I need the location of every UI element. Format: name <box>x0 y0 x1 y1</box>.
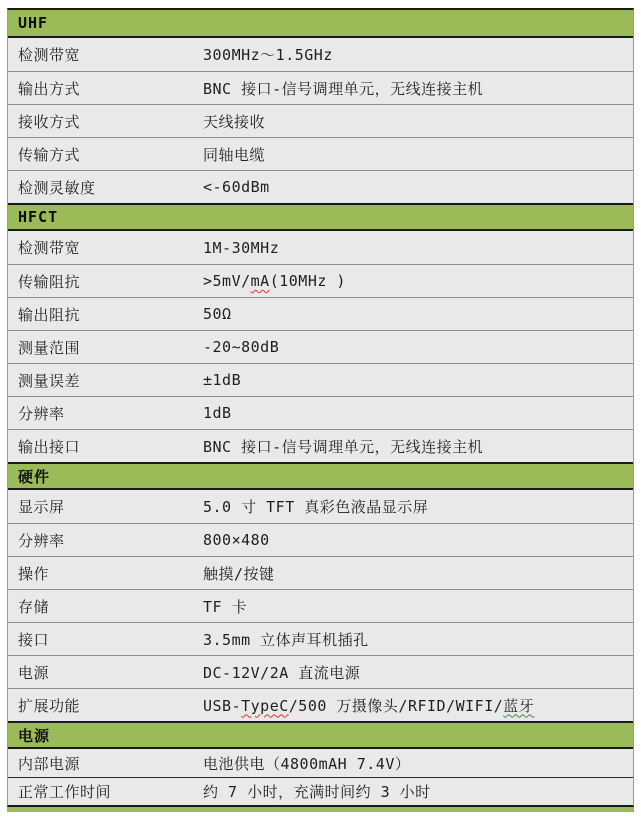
section-rows: 检测带宽 1M-30MHz 传输阻抗 >5mV/mA(10MHz ) 输出阻抗 … <box>8 231 633 462</box>
spec-value: >5mV/mA(10MHz ) <box>203 272 633 290</box>
spec-row: 测量误差 ±1dB <box>8 363 633 396</box>
spec-row: 分辨率 800×480 <box>8 523 633 556</box>
spec-value: 50Ω <box>203 305 633 323</box>
spec-label: 传输阻抗 <box>8 271 203 292</box>
spec-row: 检测灵敏度 <-60dBm <box>8 170 633 203</box>
section-rows: 显示屏 5.0 寸 TFT 真彩色液晶显示屏 分辨率 800×480 操作 触摸… <box>8 490 633 721</box>
spec-label: 扩展功能 <box>8 695 203 716</box>
section-title: HFCT <box>18 208 58 226</box>
spec-value: 3.5mm 立体声耳机插孔 <box>203 629 633 650</box>
spec-row: 检测带宽 1M-30MHz <box>8 231 633 264</box>
spec-label: 分辨率 <box>8 530 203 551</box>
spec-label: 检测带宽 <box>8 44 203 65</box>
spec-value: 300MHz～1.5GHz <box>203 44 633 65</box>
spec-value: DC-12V/2A 直流电源 <box>203 662 633 683</box>
spec-value: 天线接收 <box>203 111 633 132</box>
spec-value: 触摸/按键 <box>203 563 633 584</box>
spec-label: 电源 <box>8 662 203 683</box>
spec-value: ±1dB <box>203 371 633 389</box>
spec-value: 5.0 寸 TFT 真彩色液晶显示屏 <box>203 496 633 517</box>
spec-row: 测量范围 -20~80dB <box>8 330 633 363</box>
spec-value: 1dB <box>203 404 633 422</box>
section-header-hardware: 硬件 <box>8 462 633 490</box>
section-title: 电源 <box>18 725 50 746</box>
spec-value: USB-TypeC/500 万摄像头/RFID/WIFI/蓝牙 <box>203 695 633 716</box>
spec-label: 检测带宽 <box>8 237 203 258</box>
spec-row: 分辨率 1dB <box>8 396 633 429</box>
spec-row: 输出阻抗 50Ω <box>8 297 633 330</box>
spec-label: 正常工作时间 <box>8 781 203 802</box>
spec-label: 输出方式 <box>8 78 203 99</box>
spec-label: 测量误差 <box>8 370 203 391</box>
section-rows: 检测带宽 300MHz～1.5GHz 输出方式 BNC 接口-信号调理单元，无线… <box>8 38 633 203</box>
spec-value: -20~80dB <box>203 338 633 356</box>
spec-value: <-60dBm <box>203 178 633 196</box>
spec-row: 操作 触摸/按键 <box>8 556 633 589</box>
spec-section-hfct: HFCT 检测带宽 1M-30MHz 传输阻抗 >5mV/mA(10MHz ) … <box>8 203 633 462</box>
spec-row: 输出接口 BNC 接口-信号调理单元，无线连接主机 <box>8 429 633 462</box>
spec-row: 检测带宽 300MHz～1.5GHz <box>8 38 633 71</box>
next-section-header-partial <box>7 807 634 812</box>
spec-label: 内部电源 <box>8 753 203 774</box>
spec-value: 约 7 小时，充满时间约 3 小时 <box>203 781 633 802</box>
spellcheck-red-underline: mA <box>251 272 270 290</box>
spec-table: UHF 检测带宽 300MHz～1.5GHz 输出方式 BNC 接口-信号调理单… <box>7 8 634 807</box>
spec-row: 电源 DC-12V/2A 直流电源 <box>8 655 633 688</box>
spec-label: 接口 <box>8 629 203 650</box>
spec-label: 分辨率 <box>8 403 203 424</box>
spec-label: 操作 <box>8 563 203 584</box>
spec-row: 显示屏 5.0 寸 TFT 真彩色液晶显示屏 <box>8 490 633 523</box>
spec-row: 传输方式 同轴电缆 <box>8 137 633 170</box>
spec-row: 内部电源 电池供电（4800mAH 7.4V） <box>8 749 633 777</box>
spec-section-hardware: 硬件 显示屏 5.0 寸 TFT 真彩色液晶显示屏 分辨率 800×480 操作… <box>8 462 633 721</box>
spec-label: 输出阻抗 <box>8 304 203 325</box>
spellcheck-red-underline: TypeC <box>241 697 289 715</box>
section-rows: 内部电源 电池供电（4800mAH 7.4V） 正常工作时间 约 7 小时，充满… <box>8 749 633 805</box>
spec-value: BNC 接口-信号调理单元，无线连接主机 <box>203 436 633 457</box>
spec-row: 传输阻抗 >5mV/mA(10MHz ) <box>8 264 633 297</box>
spellcheck-green-underline: 蓝牙 <box>503 697 534 715</box>
spec-label: 传输方式 <box>8 144 203 165</box>
spec-label: 输出接口 <box>8 436 203 457</box>
section-header-hfct: HFCT <box>8 203 633 231</box>
spec-value: 1M-30MHz <box>203 239 633 257</box>
spec-row: 扩展功能 USB-TypeC/500 万摄像头/RFID/WIFI/蓝牙 <box>8 688 633 721</box>
spec-label: 接收方式 <box>8 111 203 132</box>
spec-value: BNC 接口-信号调理单元，无线连接主机 <box>203 78 633 99</box>
spec-section-power: 电源 内部电源 电池供电（4800mAH 7.4V） 正常工作时间 约 7 小时… <box>8 721 633 805</box>
section-header-power: 电源 <box>8 721 633 749</box>
spec-value: TF 卡 <box>203 596 633 617</box>
spec-section-uhf: UHF 检测带宽 300MHz～1.5GHz 输出方式 BNC 接口-信号调理单… <box>8 10 633 203</box>
spec-value: 同轴电缆 <box>203 144 633 165</box>
spec-row: 正常工作时间 约 7 小时，充满时间约 3 小时 <box>8 777 633 805</box>
spec-label: 存储 <box>8 596 203 617</box>
spec-row: 接口 3.5mm 立体声耳机插孔 <box>8 622 633 655</box>
spec-row: 存储 TF 卡 <box>8 589 633 622</box>
section-header-uhf: UHF <box>8 10 633 38</box>
spec-label: 测量范围 <box>8 337 203 358</box>
spec-label: 显示屏 <box>8 496 203 517</box>
spec-row: 输出方式 BNC 接口-信号调理单元，无线连接主机 <box>8 71 633 104</box>
spec-value: 800×480 <box>203 531 633 549</box>
spec-value: 电池供电（4800mAH 7.4V） <box>203 753 633 774</box>
spec-row: 接收方式 天线接收 <box>8 104 633 137</box>
spec-label: 检测灵敏度 <box>8 177 203 198</box>
section-title: 硬件 <box>18 466 50 487</box>
section-title: UHF <box>18 14 48 32</box>
